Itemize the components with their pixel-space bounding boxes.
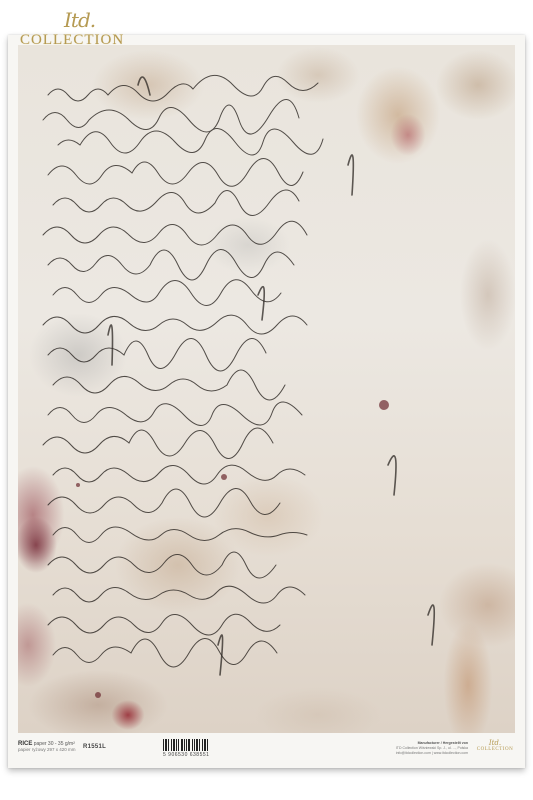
logo-script: Itd. (64, 8, 95, 32)
barcode: 5 906530 638551 (163, 739, 211, 757)
footer-logo-word: COLLECTION (470, 747, 520, 752)
logo-word: COLLECTION (20, 32, 124, 49)
manufacturer-info: Manufacturer / Hergestellt von ITD Colle… (348, 741, 468, 756)
paper-spec: RICE paper 30 - 35 g/m² papier ryżowy 29… (18, 741, 76, 753)
product-footer: RICE paper 30 - 35 g/m² papier ryżowy 29… (8, 735, 525, 768)
product-code: R1551L (83, 744, 106, 750)
barcode-bars (163, 739, 211, 751)
calligraphy-artwork (18, 45, 515, 733)
manufacturer-line-3: info@itdcollection.com | www.itdcollecti… (348, 751, 468, 756)
barcode-number: 5 906530 638551 (163, 752, 211, 758)
rice-paper-sheet: RICE paper 30 - 35 g/m² papier ryżowy 29… (8, 35, 525, 768)
footer-logo-script: Itd. (470, 739, 520, 747)
footer-logo: Itd. COLLECTION (470, 739, 520, 752)
paper-size: papier ryżowy 297 x 420 mm (18, 747, 76, 753)
calligraphy-strokes (18, 45, 515, 733)
brand-logo: Itd. COLLECTION (30, 8, 160, 48)
